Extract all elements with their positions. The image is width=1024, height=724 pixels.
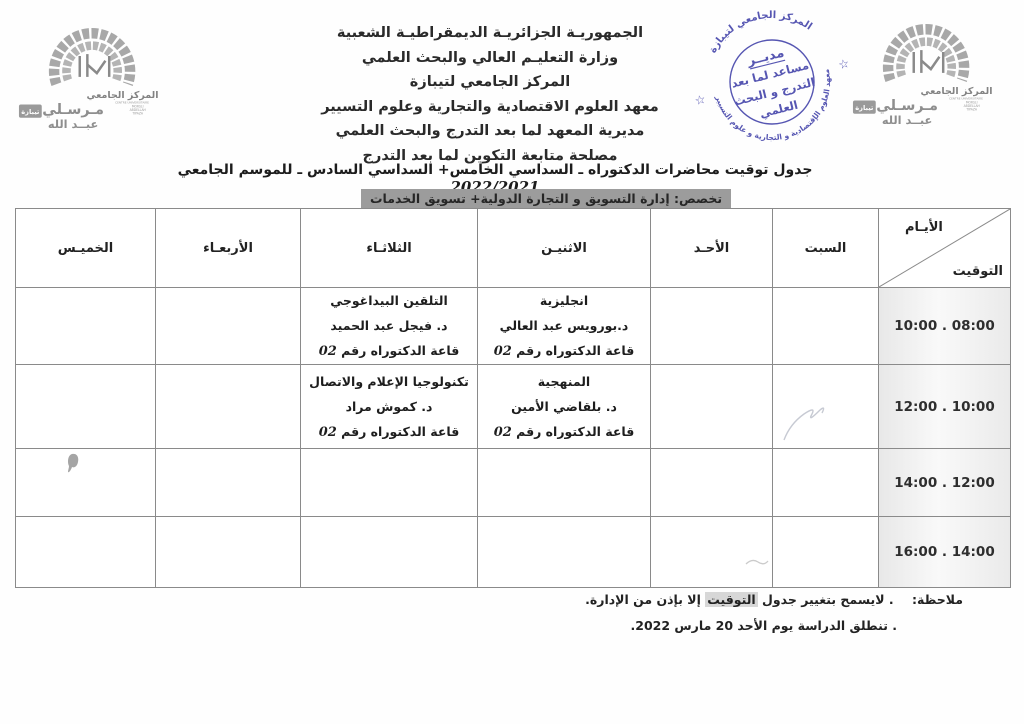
cell-monday	[478, 449, 651, 517]
open-book-icon	[914, 50, 943, 73]
notes: ملاحظة: . لايسمح بتغيير جدول التوقيت إلا…	[585, 590, 963, 636]
course-room: قاعة الدكتوراه رقم 02	[301, 419, 477, 445]
cell-thursday	[16, 288, 156, 365]
cell-sunday	[651, 365, 773, 449]
svg-text:عبــد الله: عبــد الله	[882, 113, 933, 127]
note-line-2: . تنطلق الدراسة يوم الأحد 20 مارس 2022.	[585, 616, 963, 636]
header-line-direction: مديرية المعهد لما بعد التدرج والبحث العل…	[252, 119, 728, 144]
pencil-scribble	[772, 388, 844, 450]
svg-text:عبــد الله: عبــد الله	[48, 117, 99, 131]
cell-tuesday	[301, 517, 478, 588]
table-row: 12:00 . 10:00 المنهجية د. بلقاضي الأمين …	[16, 365, 1011, 449]
day-header-monday: الاثنيـن	[478, 209, 651, 288]
course-room: قاعة الدكتوراه رقم 02	[478, 338, 650, 364]
cell-wednesday	[156, 449, 301, 517]
document-header: الجمهوريـة الجزائريـة الديمقراطيـة الشعب…	[252, 21, 728, 169]
course-entry: المنهجية د. بلقاضي الأمين قاعة الدكتوراه…	[478, 369, 650, 445]
header-line-institute: معهد العلوم الاقتصادية والتجارية وعلوم ا…	[252, 95, 728, 120]
cell-tuesday: التلقين البيداغوجي د. فيجل عبد الحميد قا…	[301, 288, 478, 365]
cell-saturday	[773, 288, 879, 365]
stamp-top-text: المركز الجامعي لتيبازة	[701, 0, 815, 57]
time-slot: 14:00 . 12:00	[879, 449, 1011, 517]
svg-text:TIPAZA: TIPAZA	[131, 112, 144, 116]
course-subject: انجليزية	[478, 288, 650, 313]
cell-sunday	[651, 517, 773, 588]
day-header-wednesday: الأربعـاء	[156, 209, 301, 288]
course-subject: التلقين البيداغوجي	[301, 288, 477, 313]
table-row: 14:00 . 12:00	[16, 449, 1011, 517]
course-subject: تكنولوجيا الإعلام والاتصال	[301, 369, 477, 394]
star-icon: ☆	[837, 56, 851, 72]
corner-cell-days-time: الأيـام التوقيت	[879, 209, 1011, 288]
logo-calligraphy: مـرسـلي	[42, 102, 104, 118]
timetable: الأيـام التوقيت السبت الأحـد الاثنيـن ال…	[15, 208, 1011, 588]
cell-sunday	[651, 288, 773, 365]
logo-org-name: المركز الجامعي	[87, 90, 159, 101]
note-line-1: ملاحظة: . لايسمح بتغيير جدول التوقيت إلا…	[585, 590, 963, 610]
cell-sunday	[651, 449, 773, 517]
course-teacher: د. بلقاضي الأمين	[478, 394, 650, 419]
course-entry: انجليزية د.بورويس عبد العالي قاعة الدكتو…	[478, 288, 650, 364]
cell-tuesday: تكنولوجيا الإعلام والاتصال د. كموش مراد …	[301, 365, 478, 449]
course-room: قاعة الدكتوراه رقم 02	[301, 338, 477, 364]
header-line-center: المركز الجامعي لتيبازة	[252, 70, 728, 95]
cell-monday	[478, 517, 651, 588]
official-stamp: المركز الجامعي لتيبازة معهد العلوم الإقت…	[667, 0, 876, 181]
time-slot: 16:00 . 14:00	[879, 517, 1011, 588]
header-line-ministry: وزارة التعليـم العالي والبحث العلمي	[252, 46, 728, 71]
svg-text:المركز الجامعي لتيبازة: المركز الجامعي لتيبازة	[701, 0, 815, 57]
day-header-sunday: الأحـد	[651, 209, 773, 288]
amphitheater-logo-icon: المركز الجامعي CENTRE UNIVERSITAIRE MORS…	[852, 14, 1004, 133]
amphitheater-logo-icon: المركز الجامعي CENTRE UNIVERSITAIRE MORS…	[18, 18, 170, 137]
time-slot: 10:00 . 08:00	[879, 288, 1011, 365]
table-row: 10:00 . 08:00 انجليزية د.بورويس عبد العا…	[16, 288, 1011, 365]
day-header-saturday: السبت	[773, 209, 879, 288]
ink-smudge	[63, 452, 83, 486]
cell-thursday	[16, 365, 156, 449]
specialization-highlight: تخصص: إدارة التسويق و التجارة الدولية+ ت…	[361, 189, 731, 210]
note-highlight: التوقيت	[705, 592, 757, 607]
table-row: 16:00 . 14:00	[16, 517, 1011, 588]
course-entry: تكنولوجيا الإعلام والاتصال د. كموش مراد …	[301, 369, 477, 445]
cell-wednesday	[156, 365, 301, 449]
cell-wednesday	[156, 288, 301, 365]
course-teacher: د.بورويس عبد العالي	[478, 313, 650, 338]
svg-text:TIPAZA: TIPAZA	[965, 108, 978, 112]
cell-saturday	[773, 517, 879, 588]
course-teacher: د. كموش مراد	[301, 394, 477, 419]
logo-badge: تيبازة	[21, 108, 39, 116]
logo-calligraphy: مـرسـلي	[876, 98, 938, 114]
cell-saturday	[773, 449, 879, 517]
header-line-republic: الجمهوريـة الجزائريـة الديمقراطيـة الشعب…	[252, 21, 728, 46]
day-header-tuesday: الثلاثـاء	[301, 209, 478, 288]
cell-monday: المنهجية د. بلقاضي الأمين قاعة الدكتوراه…	[478, 365, 651, 449]
course-teacher: د. فيجل عبد الحميد	[301, 313, 477, 338]
logo-org-name: المركز الجامعي	[921, 86, 993, 97]
course-entry: التلقين البيداغوجي د. فيجل عبد الحميد قا…	[301, 288, 477, 364]
open-book-icon	[80, 54, 109, 77]
days-axis-label: الأيـام	[905, 220, 943, 235]
cell-tuesday	[301, 449, 478, 517]
note-label: ملاحظة:	[912, 592, 963, 607]
university-logo-left: المركز الجامعي CENTRE UNIVERSITAIRE MORS…	[18, 18, 170, 138]
star-icon: ☆	[693, 92, 707, 108]
course-subject: المنهجية	[478, 369, 650, 394]
cell-thursday	[16, 517, 156, 588]
round-stamp-icon: المركز الجامعي لتيبازة معهد العلوم الإقت…	[667, 0, 876, 181]
cell-wednesday	[156, 517, 301, 588]
time-slot: 12:00 . 10:00	[879, 365, 1011, 449]
university-logo-right: المركز الجامعي CENTRE UNIVERSITAIRE MORS…	[852, 14, 1004, 134]
pencil-mark	[744, 553, 770, 572]
cell-thursday	[16, 449, 156, 517]
course-room: قاعة الدكتوراه رقم 02	[478, 419, 650, 445]
day-header-thursday: الخميـس	[16, 209, 156, 288]
time-axis-label: التوقيت	[953, 264, 1003, 279]
cell-monday: انجليزية د.بورويس عبد العالي قاعة الدكتو…	[478, 288, 651, 365]
